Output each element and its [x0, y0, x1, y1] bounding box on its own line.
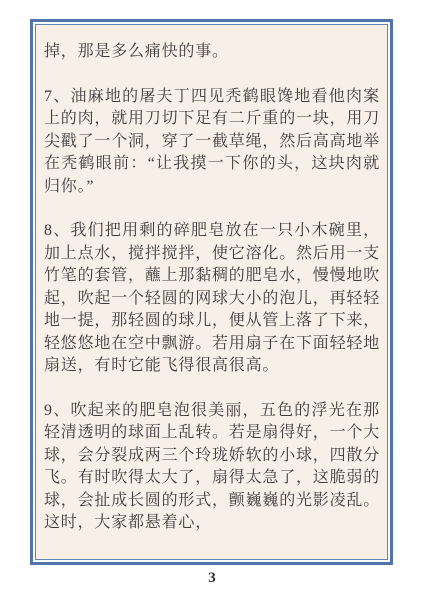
document-page: 掉，那是多么痛快的事。 7、油麻地的屠夫丁四见秃鹤眼馋地看他肉案上的肉，就用刀切… [0, 0, 424, 600]
decorative-double-border-frame: 掉，那是多么痛快的事。 7、油麻地的屠夫丁四见秃鹤眼馋地看他肉案上的肉，就用刀切… [30, 19, 393, 565]
body-text: 掉，那是多么痛快的事。 7、油麻地的屠夫丁四见秃鹤眼馋地看他肉案上的肉，就用刀切… [44, 41, 380, 535]
paragraph-7: 7、油麻地的屠夫丁四见秃鹤眼馋地看他肉案上的肉，就用刀切下足有二斤重的一块，用刀… [44, 86, 380, 199]
paragraph-8: 8、我们把用剩的碎肥皂放在一只小木碗里，加上点水，搅拌搅拌，使它溶化。然后用一支… [44, 220, 380, 378]
page-number: 3 [0, 570, 424, 587]
paragraph-9: 9、吹起来的肥皂泡很美丽，五色的浮光在那轻清透明的球面上乱转。若是扇得好，一个大… [44, 400, 380, 535]
text-content-area: 掉，那是多么痛快的事。 7、油麻地的屠夫丁四见秃鹤眼馋地看他肉案上的肉，就用刀切… [35, 24, 388, 560]
paragraph-continuation: 掉，那是多么痛快的事。 [44, 41, 380, 64]
